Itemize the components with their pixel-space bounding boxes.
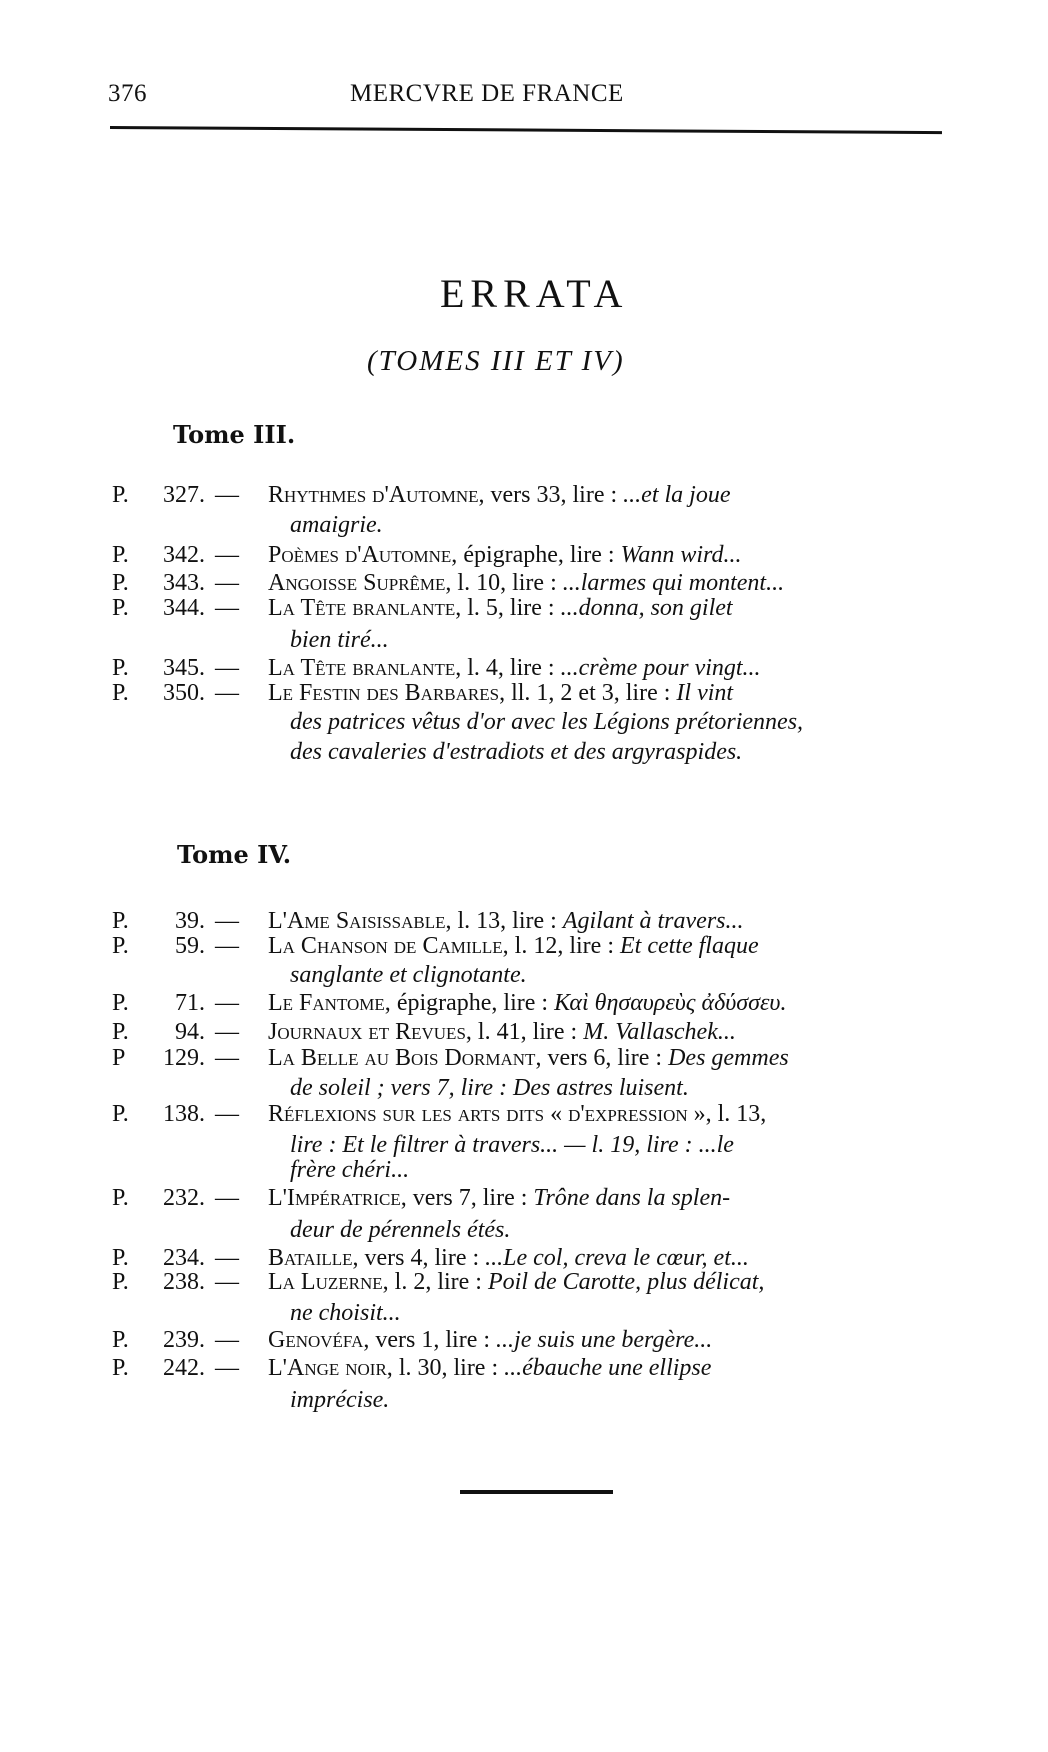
entry-location: l. 4, lire : xyxy=(461,655,560,681)
entry-location: l. 5, lire : xyxy=(461,595,560,621)
entry-location: l. 13, xyxy=(712,1101,767,1127)
page-prefix: P. xyxy=(112,1268,129,1296)
page-ref: 238. xyxy=(145,1268,205,1296)
correction-text: Καὶ θησαυρεὺς ἀδύσσευ. xyxy=(554,990,786,1016)
errata-entry: P.138.—Réflexions sur les arts dits « d'… xyxy=(0,1100,1048,1128)
page-ref: 94. xyxy=(145,1018,205,1046)
page-ref: 239. xyxy=(145,1326,205,1354)
correction-text: ...larmes qui montent... xyxy=(563,570,784,596)
poem-title: L'Ange noir, xyxy=(268,1355,393,1381)
errata-entry: P.232.—L'Impératrice, vers 7, lire : Trô… xyxy=(0,1184,1048,1212)
page-prefix: P xyxy=(112,1044,125,1072)
page-prefix: P. xyxy=(112,1018,129,1046)
errata-entry: P.343.—Angoisse Suprême, l. 10, lire : .… xyxy=(0,569,1048,597)
continuation-text: bien tiré... xyxy=(290,626,389,654)
page-ref: 343. xyxy=(145,569,205,597)
em-dash: — xyxy=(215,481,239,509)
errata-entry: P.242.—L'Ange noir, l. 30, lire : ...éba… xyxy=(0,1354,1048,1382)
poem-title: Rhythmes d'Automne, xyxy=(268,482,485,508)
entry-location: l. 30, lire : xyxy=(393,1355,504,1381)
entry-body: Rhythmes d'Automne, vers 33, lire : ...e… xyxy=(268,481,730,509)
entry-body: La Belle au Bois Dormant, vers 6, lire :… xyxy=(268,1044,789,1072)
poem-title: Le Fantome, xyxy=(268,990,391,1016)
page-ref: 342. xyxy=(145,541,205,569)
page-prefix: P. xyxy=(112,1326,129,1354)
correction-text: Poil de Carotte, plus délicat, xyxy=(488,1269,764,1295)
entry-location: vers 33, lire : xyxy=(485,482,624,508)
correction-text: ...crème pour vingt... xyxy=(561,655,761,681)
continuation-text: sanglante et clignotante. xyxy=(290,961,527,989)
page-prefix: P. xyxy=(112,1184,129,1212)
poem-title: Réflexions sur les arts dits « d'express… xyxy=(268,1101,712,1127)
page-ref: 327. xyxy=(145,481,205,509)
entry-body: Le Festin des Barbares, ll. 1, 2 et 3, l… xyxy=(268,679,733,707)
entry-location: l. 2, lire : xyxy=(389,1269,488,1295)
correction-text: ...donna, son gilet xyxy=(561,595,733,621)
errata-entry: P.39.—L'Ame Saisissable, l. 13, lire : A… xyxy=(0,907,1048,935)
header-rule xyxy=(110,126,942,134)
poem-title: L'Impératrice, xyxy=(268,1185,407,1211)
em-dash: — xyxy=(215,989,239,1017)
page-prefix: P. xyxy=(112,932,129,960)
page-title: ERRATA xyxy=(440,270,628,317)
correction-text: Wann wird... xyxy=(621,542,742,568)
entry-location: l. 41, lire : xyxy=(472,1019,583,1045)
page-ref: 345. xyxy=(145,654,205,682)
errata-entry: P.342.—Poèmes d'Automne, épigraphe, lire… xyxy=(0,541,1048,569)
errata-entry: P.345.—La Tête branlante, l. 4, lire : .… xyxy=(0,654,1048,682)
errata-entry: P.94.—Journaux et Revues, l. 41, lire : … xyxy=(0,1018,1048,1046)
entry-location: épigraphe, lire : xyxy=(391,990,554,1016)
poem-title: Le Festin des Barbares, xyxy=(268,680,505,706)
entry-body: L'Impératrice, vers 7, lire : Trône dans… xyxy=(268,1184,730,1212)
entry-location: l. 13, lire : xyxy=(452,908,563,934)
errata-entry: P.239.—Genovéfa, vers 1, lire : ...je su… xyxy=(0,1326,1048,1354)
correction-text: Et cette flaque xyxy=(620,933,759,959)
em-dash: — xyxy=(215,594,239,622)
em-dash: — xyxy=(215,1184,239,1212)
entry-location: l. 10, lire : xyxy=(451,570,562,596)
poem-title: Poèmes d'Automne, xyxy=(268,542,457,568)
page-ref: 232. xyxy=(145,1184,205,1212)
correction-text: ...ébauche une ellipse xyxy=(504,1355,711,1381)
correction-text: Trône dans la splen- xyxy=(533,1185,730,1211)
em-dash: — xyxy=(215,679,239,707)
em-dash: — xyxy=(215,1044,239,1072)
em-dash: — xyxy=(215,1100,239,1128)
poem-title: La Tête branlante, xyxy=(268,655,461,681)
page-ref: 138. xyxy=(145,1100,205,1128)
page-ref: 71. xyxy=(145,989,205,1017)
errata-entry: P.238.—La Luzerne, l. 2, lire : Poil de … xyxy=(0,1268,1048,1296)
poem-title: La Luzerne, xyxy=(268,1269,389,1295)
entry-body: La Tête branlante, l. 4, lire : ...crème… xyxy=(268,654,761,682)
continuation-text: ne choisit... xyxy=(290,1299,401,1327)
page-prefix: P. xyxy=(112,541,129,569)
errata-entry: P.350.—Le Festin des Barbares, ll. 1, 2 … xyxy=(0,679,1048,707)
entry-body: Le Fantome, épigraphe, lire : Καὶ θησαυρ… xyxy=(268,989,786,1017)
em-dash: — xyxy=(215,654,239,682)
page-ref: 344. xyxy=(145,594,205,622)
page-subtitle: (TOMES III ET IV) xyxy=(367,345,625,378)
errata-entry: P.344.—La Tête branlante, l. 5, lire : .… xyxy=(0,594,1048,622)
poem-title: Journaux et Revues, xyxy=(268,1019,472,1045)
em-dash: — xyxy=(215,569,239,597)
entry-location: vers 1, lire : xyxy=(369,1327,496,1353)
correction-text: M. Vallaschek... xyxy=(583,1019,736,1045)
continuation-text: lire : Et le filtrer à travers... — l. 1… xyxy=(290,1131,734,1159)
entry-body: La Luzerne, l. 2, lire : Poil de Carotte… xyxy=(268,1268,764,1296)
page-ref: 59. xyxy=(145,932,205,960)
page-prefix: P. xyxy=(112,989,129,1017)
poem-title: La Belle au Bois Dormant, xyxy=(268,1045,541,1071)
correction-text: Il vint xyxy=(676,680,733,706)
section-heading-tome-3: Tome III. xyxy=(173,420,295,449)
errata-entry: P129.—La Belle au Bois Dormant, vers 6, … xyxy=(0,1044,1048,1072)
page-number: 376 xyxy=(108,80,147,108)
poem-title: La Chanson de Camille, xyxy=(268,933,509,959)
page-prefix: P. xyxy=(112,569,129,597)
continuation-text: des cavaleries d'estradiots et des argyr… xyxy=(290,738,742,766)
entry-body: Genovéfa, vers 1, lire : ...je suis une … xyxy=(268,1326,712,1354)
entry-body: La Chanson de Camille, l. 12, lire : Et … xyxy=(268,932,759,960)
em-dash: — xyxy=(215,1354,239,1382)
poem-title: Genovéfa, xyxy=(268,1327,369,1353)
entry-body: L'Ange noir, l. 30, lire : ...ébauche un… xyxy=(268,1354,711,1382)
entry-body: Poèmes d'Automne, épigraphe, lire : Wann… xyxy=(268,541,742,569)
page-prefix: P. xyxy=(112,907,129,935)
entry-location: épigraphe, lire : xyxy=(457,542,620,568)
entry-location: l. 12, lire : xyxy=(509,933,620,959)
em-dash: — xyxy=(215,932,239,960)
continuation-text: deur de pérennels étés. xyxy=(290,1216,510,1244)
em-dash: — xyxy=(215,907,239,935)
continuation-text: imprécise. xyxy=(290,1386,389,1414)
page-prefix: P. xyxy=(112,1354,129,1382)
page-prefix: P. xyxy=(112,594,129,622)
errata-entry: P.71.—Le Fantome, épigraphe, lire : Καὶ … xyxy=(0,989,1048,1017)
correction-text: Agilant à travers... xyxy=(563,908,744,934)
entry-location: vers 6, lire : xyxy=(541,1045,668,1071)
em-dash: — xyxy=(215,1326,239,1354)
em-dash: — xyxy=(215,1018,239,1046)
em-dash: — xyxy=(215,1268,239,1296)
entry-location: ll. 1, 2 et 3, lire : xyxy=(505,680,676,706)
page-prefix: P. xyxy=(112,654,129,682)
continuation-text: amaigrie. xyxy=(290,511,383,539)
page-ref: 350. xyxy=(145,679,205,707)
page-ref: 39. xyxy=(145,907,205,935)
closing-rule xyxy=(460,1490,613,1494)
correction-text: Des gemmes xyxy=(668,1045,789,1071)
poem-title: La Tête branlante, xyxy=(268,595,461,621)
errata-entry: P.59.—La Chanson de Camille, l. 12, lire… xyxy=(0,932,1048,960)
continuation-text: frère chéri... xyxy=(290,1156,409,1184)
page-prefix: P. xyxy=(112,481,129,509)
page-prefix: P. xyxy=(112,679,129,707)
entry-body: L'Ame Saisissable, l. 13, lire : Agilant… xyxy=(268,907,744,935)
section-heading-tome-4: Tome IV. xyxy=(177,840,291,869)
page-ref: 242. xyxy=(145,1354,205,1382)
poem-title: Angoisse Suprême, xyxy=(268,570,451,596)
entry-body: La Tête branlante, l. 5, lire : ...donna… xyxy=(268,594,733,622)
entry-body: Journaux et Revues, l. 41, lire : M. Val… xyxy=(268,1018,736,1046)
entry-body: Réflexions sur les arts dits « d'express… xyxy=(268,1100,766,1128)
continuation-text: des patrices vêtus d'or avec les Légions… xyxy=(290,708,803,736)
em-dash: — xyxy=(215,541,239,569)
continuation-text: de soleil ; vers 7, lire : Des astres lu… xyxy=(290,1074,689,1102)
correction-text: ...je suis une bergère... xyxy=(496,1327,712,1353)
entry-body: Angoisse Suprême, l. 10, lire : ...larme… xyxy=(268,569,784,597)
entry-location: vers 7, lire : xyxy=(407,1185,534,1211)
page-prefix: P. xyxy=(112,1100,129,1128)
correction-text: ...et la joue xyxy=(623,482,730,508)
running-title: MERCVRE DE FRANCE xyxy=(350,80,624,108)
page-ref: 129. xyxy=(145,1044,205,1072)
errata-entry: P.327.—Rhythmes d'Automne, vers 33, lire… xyxy=(0,481,1048,509)
poem-title: L'Ame Saisissable, xyxy=(268,908,452,934)
